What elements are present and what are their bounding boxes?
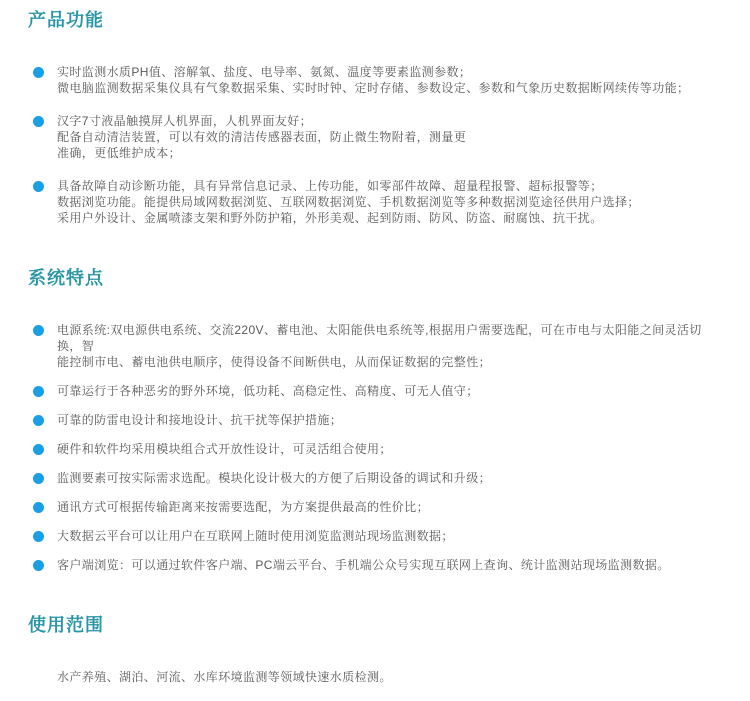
bullet-dot-icon [33, 181, 44, 192]
bullet-item: 客户端浏览：可以通过软件客户端、PC端云平台、手机端公众号实现互联网上查询、统计… [28, 557, 724, 573]
item-text: 硬件和软件均采用模块组合式开放性设计，可灵活组合使用； [57, 441, 392, 457]
bullet-item: 具备故障自动诊断功能，具有异常信息记录、上传功能，如零部件故障、超量程报警、超标… [28, 178, 724, 226]
text-line: 可靠的防雷电设计和接地设计、抗干扰等保护措施； [57, 412, 342, 428]
text-line: 数据浏览功能。能提供局域网数据浏览、互联网数据浏览、手机数据浏览等多种数据浏览途… [57, 194, 640, 210]
sections-container: 产品功能实时监测水质PH值、溶解氧、盐度、电导率、氨氮、温度等要素监测参数；微电… [28, 10, 724, 685]
section-product-features: 产品功能实时监测水质PH值、溶解氧、盐度、电导率、氨氮、温度等要素监测参数；微电… [28, 10, 724, 226]
text-line: 电源系统:双电源供电系统、交流220V、蓄电池、太阳能供电系统等,根据用户需要选… [57, 322, 724, 354]
text-line: 采用户外设计、金属喷漆支架和野外防护箱，外形美观、起到防雨、防风、防盗、耐腐蚀、… [57, 210, 640, 226]
bullet-item: 电源系统:双电源供电系统、交流220V、蓄电池、太阳能供电系统等,根据用户需要选… [28, 322, 724, 370]
text-line: 监测要素可按实际需求选配。模块化设计极大的方便了后期设备的调试和升级； [57, 470, 491, 486]
bullet-dot-icon [33, 502, 44, 513]
section-items: 水产养殖、湖泊、河流、水库环境监测等领域快速水质检测。 [28, 669, 724, 685]
bullet-dot-icon [33, 444, 44, 455]
item-text: 可靠运行于各种恶劣的野外环境，低功耗、高稳定性、高精度、可无人值守； [57, 383, 479, 399]
text-line: 客户端浏览：可以通过软件客户端、PC端云平台、手机端公众号实现互联网上查询、统计… [57, 557, 670, 573]
text-line: 实时监测水质PH值、溶解氧、盐度、电导率、氨氮、温度等要素监测参数； [57, 64, 689, 80]
bullet-dot-icon [33, 415, 44, 426]
bullet-dot-icon [33, 531, 44, 542]
item-text: 具备故障自动诊断功能，具有异常信息记录、上传功能，如零部件故障、超量程报警、超标… [57, 178, 640, 226]
item-text: 汉字7寸液晶触摸屏人机界面，人机界面友好；配备自动清洁装置，可以有效的清洁传感器… [57, 113, 466, 161]
bullet-dot-icon [33, 325, 44, 336]
item-text: 客户端浏览：可以通过软件客户端、PC端云平台、手机端公众号实现互联网上查询、统计… [57, 557, 670, 573]
section-heading-product-features: 产品功能 [28, 10, 724, 30]
text-line: 硬件和软件均采用模块组合式开放性设计，可灵活组合使用； [57, 441, 392, 457]
section-heading-usage-scope: 使用范围 [28, 615, 724, 635]
text-line: 配备自动清洁装置，可以有效的清洁传感器表面，防止微生物附着，测量更 [57, 129, 466, 145]
bullet-item: 汉字7寸液晶触摸屏人机界面，人机界面友好；配备自动清洁装置，可以有效的清洁传感器… [28, 113, 724, 161]
text-line: 准确，更低维护成本； [57, 145, 466, 161]
section-items: 电源系统:双电源供电系统、交流220V、蓄电池、太阳能供电系统等,根据用户需要选… [28, 322, 724, 573]
bullet-dot-icon [33, 560, 44, 571]
section-items: 实时监测水质PH值、溶解氧、盐度、电导率、氨氮、温度等要素监测参数；微电脑监测数… [28, 64, 724, 226]
section-system-characteristics: 系统特点电源系统:双电源供电系统、交流220V、蓄电池、太阳能供电系统等,根据用… [28, 268, 724, 573]
text-line: 水产养殖、湖泊、河流、水库环境监测等领域快速水质检测。 [57, 669, 392, 685]
text-line: 具备故障自动诊断功能，具有异常信息记录、上传功能，如零部件故障、超量程报警、超标… [57, 178, 640, 194]
bullet-dot-icon [33, 67, 44, 78]
text-line: 可靠运行于各种恶劣的野外环境，低功耗、高稳定性、高精度、可无人值守； [57, 383, 479, 399]
item-text: 可靠的防雷电设计和接地设计、抗干扰等保护措施； [57, 412, 342, 428]
bullet-item: 大数据云平台可以让用户在互联网上随时使用浏览监测站现场监测数据； [28, 528, 724, 544]
product-info-page: 产品功能实时监测水质PH值、溶解氧、盐度、电导率、氨氮、温度等要素监测参数；微电… [0, 0, 750, 701]
bullet-dot-icon [33, 473, 44, 484]
bullet-item: 可靠运行于各种恶劣的野外环境，低功耗、高稳定性、高精度、可无人值守； [28, 383, 724, 399]
bullet-item: 实时监测水质PH值、溶解氧、盐度、电导率、氨氮、温度等要素监测参数；微电脑监测数… [28, 64, 724, 96]
bullet-item: 通讯方式可根据传输距离来按需要选配，为方案提供最高的性价比； [28, 499, 724, 515]
item-text: 监测要素可按实际需求选配。模块化设计极大的方便了后期设备的调试和升级； [57, 470, 491, 486]
bullet-dot-icon [33, 386, 44, 397]
section-heading-system-characteristics: 系统特点 [28, 268, 724, 288]
text-line: 能控制市电、蓄电池供电顺序，使得设备不间断供电，从而保证数据的完整性； [57, 354, 724, 370]
section-usage-scope: 使用范围水产养殖、湖泊、河流、水库环境监测等领域快速水质检测。 [28, 615, 724, 685]
plain-item: 水产养殖、湖泊、河流、水库环境监测等领域快速水质检测。 [28, 669, 724, 685]
item-text: 电源系统:双电源供电系统、交流220V、蓄电池、太阳能供电系统等,根据用户需要选… [57, 322, 724, 370]
text-line: 通讯方式可根据传输距离来按需要选配，为方案提供最高的性价比； [57, 499, 429, 515]
text-line: 大数据云平台可以让用户在互联网上随时使用浏览监测站现场监测数据； [57, 528, 454, 544]
bullet-item: 硬件和软件均采用模块组合式开放性设计，可灵活组合使用； [28, 441, 724, 457]
item-text: 水产养殖、湖泊、河流、水库环境监测等领域快速水质检测。 [57, 669, 392, 685]
item-text: 实时监测水质PH值、溶解氧、盐度、电导率、氨氮、温度等要素监测参数；微电脑监测数… [57, 64, 689, 96]
text-line: 微电脑监测数据采集仪具有气象数据采集、实时时钟、定时存储、参数设定、参数和气象历… [57, 80, 689, 96]
bullet-item: 监测要素可按实际需求选配。模块化设计极大的方便了后期设备的调试和升级； [28, 470, 724, 486]
text-line: 汉字7寸液晶触摸屏人机界面，人机界面友好； [57, 113, 466, 129]
bullet-dot-icon [33, 116, 44, 127]
item-text: 通讯方式可根据传输距离来按需要选配，为方案提供最高的性价比； [57, 499, 429, 515]
bullet-item: 可靠的防雷电设计和接地设计、抗干扰等保护措施； [28, 412, 724, 428]
item-text: 大数据云平台可以让用户在互联网上随时使用浏览监测站现场监测数据； [57, 528, 454, 544]
